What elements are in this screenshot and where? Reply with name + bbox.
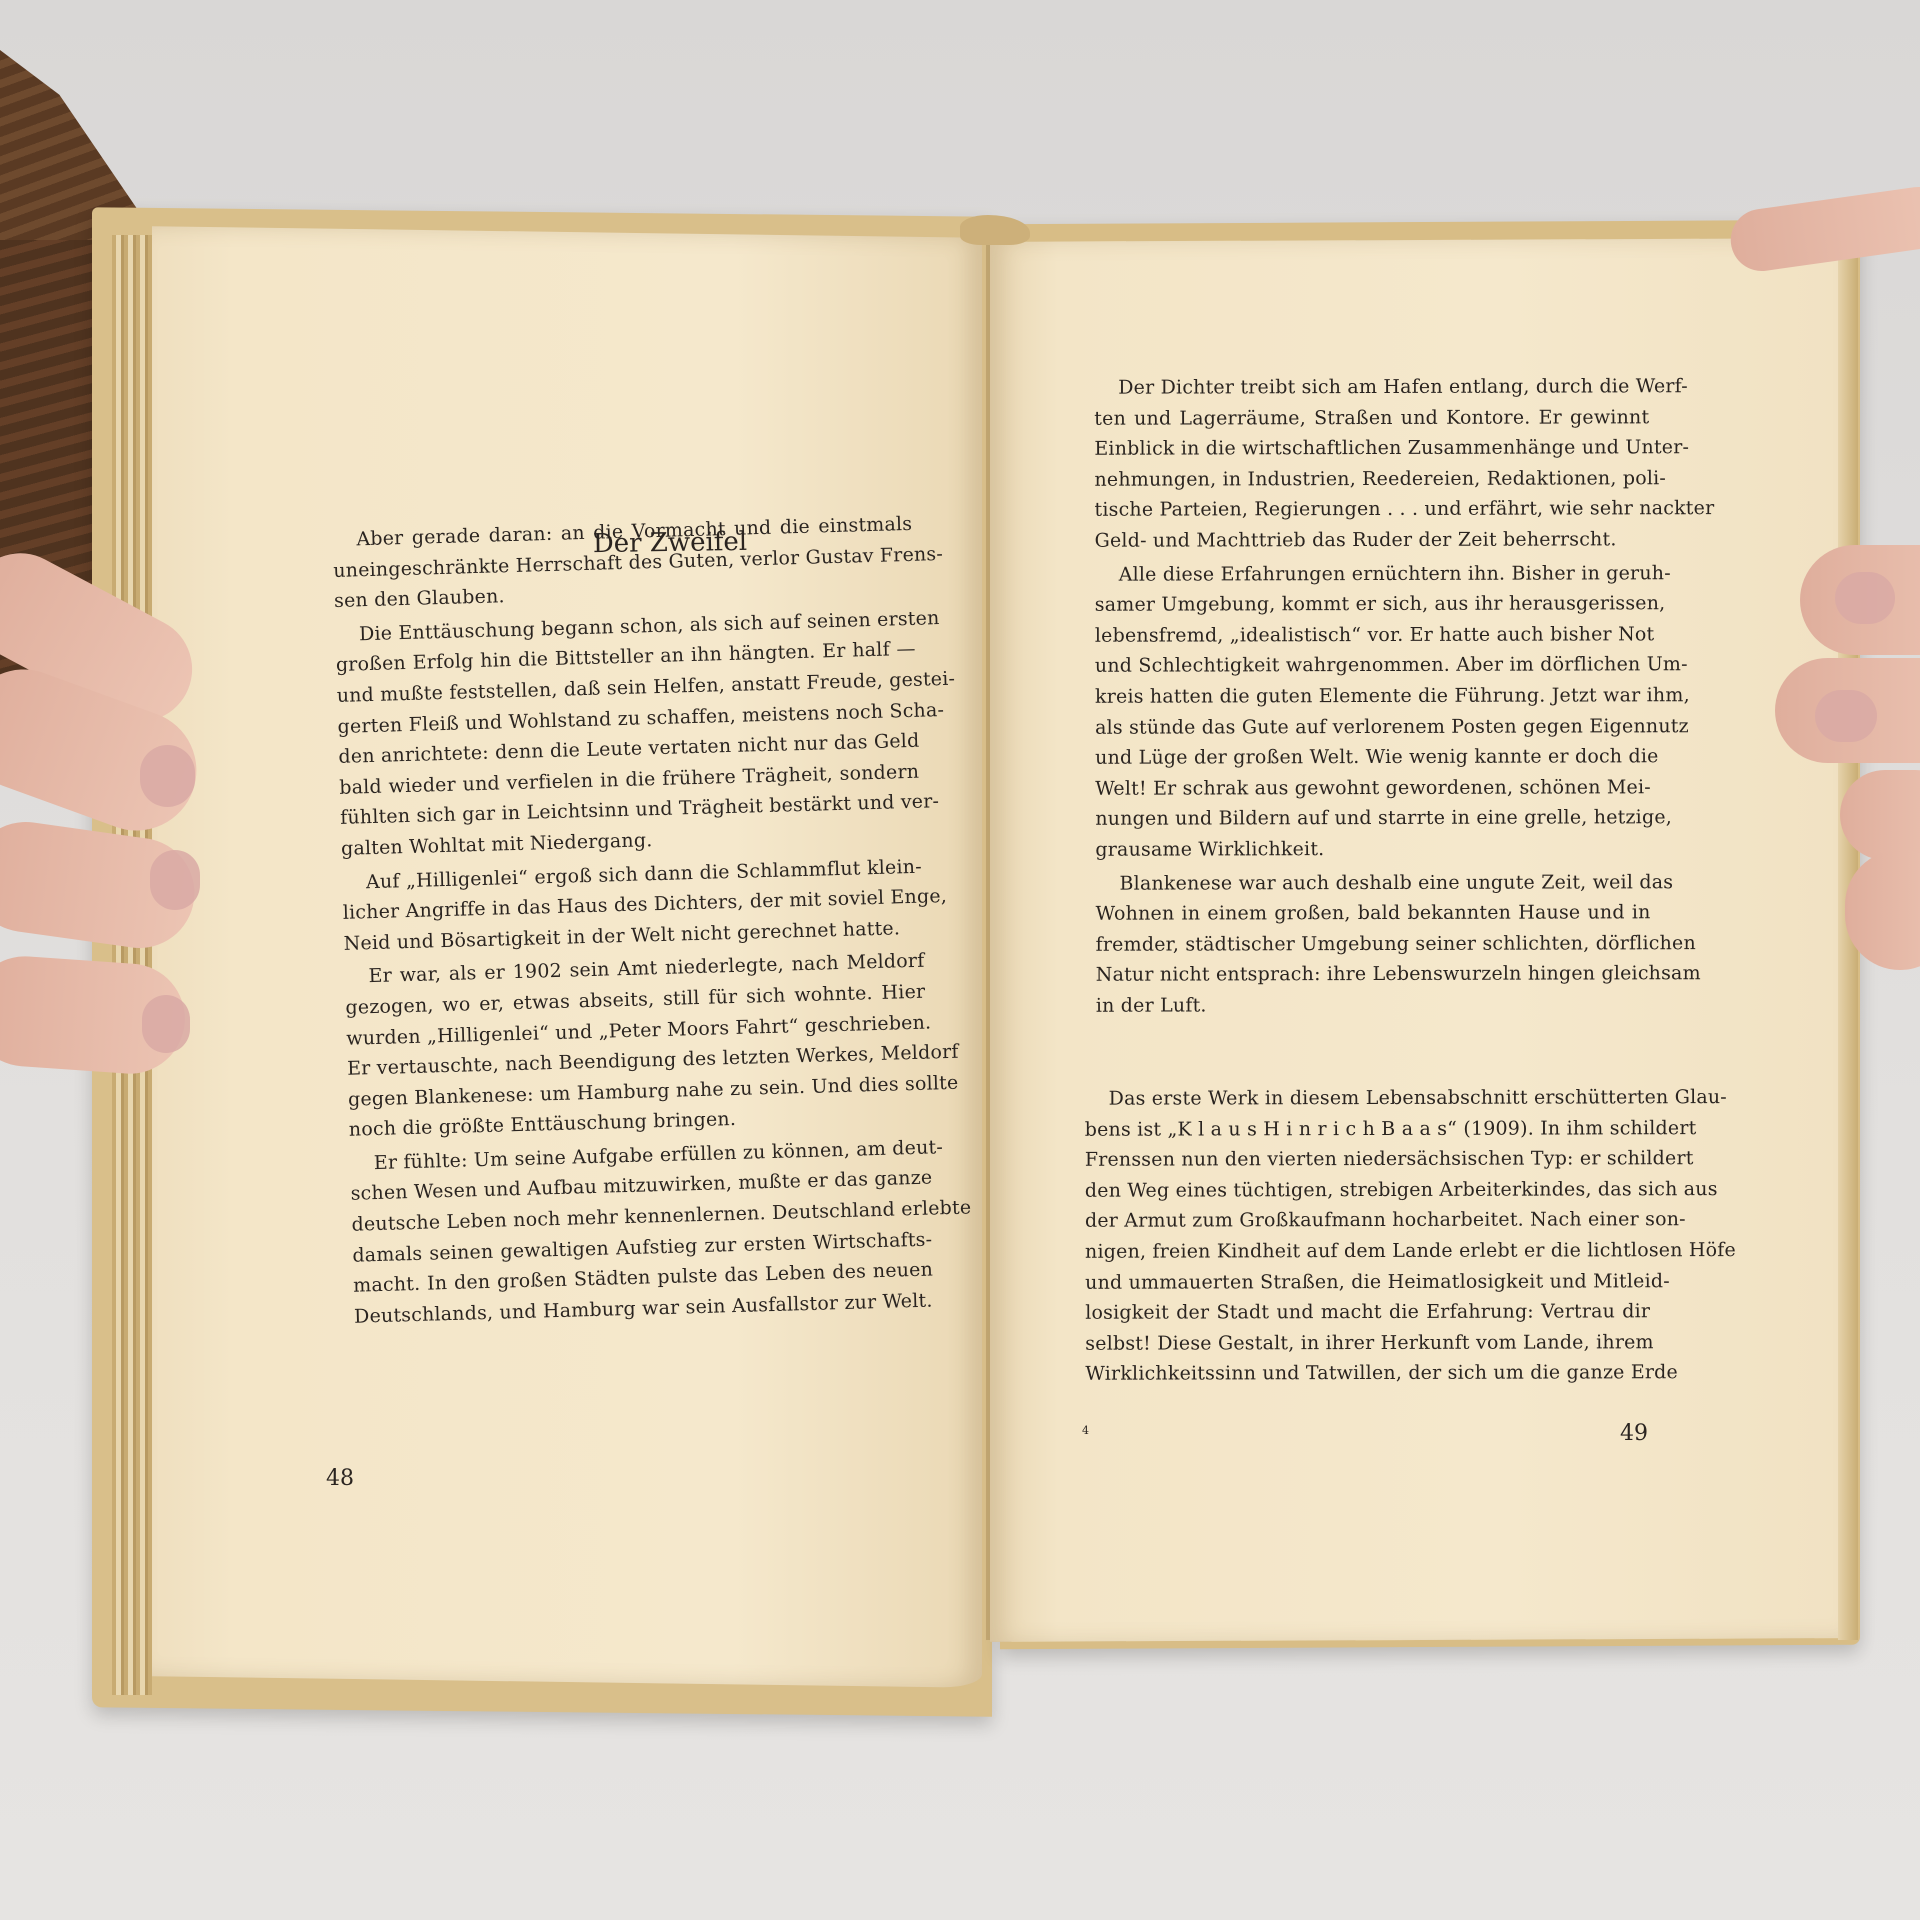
text-line: nigen, freien Kindheit auf dem Lande erl… bbox=[1085, 1235, 1650, 1267]
paragraph: Alle diese Erfahrungen ernüchtern ihn. B… bbox=[1095, 558, 1651, 865]
page-number-left: 48 bbox=[326, 1466, 354, 1491]
text-line: und Lüge der großen Welt. Wie wenig kann… bbox=[1095, 741, 1650, 773]
text-line: Welt! Er schrak aus gewohnt gewordenen, … bbox=[1095, 772, 1650, 804]
text-line: den Weg eines tüchtigen, strebigen Arbei… bbox=[1085, 1174, 1650, 1206]
paragraph: Blankenese war auch deshalb eine ungute … bbox=[1095, 867, 1650, 1021]
right-ring-finger bbox=[1840, 770, 1920, 860]
right-fingernail bbox=[1815, 690, 1877, 742]
text-line: in der Luft. bbox=[1096, 989, 1651, 1021]
text-line: ten und Lagerräume, Straßen und Kontore.… bbox=[1094, 402, 1649, 434]
text-line: Wirklichkeitssinn und Tatwillen, der sic… bbox=[1085, 1358, 1650, 1390]
text-line: fremder, städtischer Umgebung seiner sch… bbox=[1096, 928, 1651, 960]
right-fingernail bbox=[1835, 572, 1895, 624]
text-line: nungen und Bildern auf und starrte in ei… bbox=[1095, 803, 1650, 835]
text-line: losigkeit der Stadt und macht die Erfahr… bbox=[1085, 1296, 1650, 1328]
paragraph: Das erste Werk in diesem Lebensabschnitt… bbox=[1085, 1082, 1651, 1389]
text-line: Blankenese war auch deshalb eine ungute … bbox=[1095, 867, 1650, 899]
text-line: Frenssen nun den vierten niedersächsisch… bbox=[1085, 1143, 1650, 1175]
text-line: und Schlechtigkeit wahrgenommen. Aber im… bbox=[1095, 650, 1650, 682]
text-line: als stünde das Gute auf verlorenem Poste… bbox=[1095, 711, 1650, 743]
paragraph: Die Enttäuschung begann schon, als sich … bbox=[335, 604, 922, 865]
left-page-text: Aber gerade daran: an die Vormacht und d… bbox=[332, 509, 934, 1332]
left-thumbnail bbox=[140, 745, 195, 807]
text-line: samer Umgebung, kommt er sich, aus ihr h… bbox=[1095, 588, 1650, 620]
text-line: Einblick in die wirtschaftlichen Zusamme… bbox=[1094, 432, 1649, 464]
left-fingernail bbox=[142, 995, 190, 1053]
paragraph: Er war, als er 1902 sein Amt niederlegte… bbox=[344, 946, 929, 1146]
left-fingernail bbox=[150, 850, 200, 910]
paragraph: Der Dichter treibt sich am Hafen entlang… bbox=[1094, 371, 1649, 556]
text-line: Das erste Werk in diesem Lebensabschnitt… bbox=[1085, 1082, 1650, 1114]
text-line: Natur nicht entsprach: ihre Lebenswurzel… bbox=[1096, 959, 1651, 991]
text-line: nehmungen, in Industrien, Reedereien, Re… bbox=[1094, 463, 1649, 495]
text-line: und ummauerten Straßen, die Heimatlosigk… bbox=[1085, 1266, 1650, 1298]
text-line: Der Dichter treibt sich am Hafen entlang… bbox=[1094, 371, 1649, 403]
right-page-text-section-1: Der Dichter treibt sich am Hafen entlang… bbox=[1094, 371, 1651, 1021]
book-gutter bbox=[986, 245, 990, 1640]
text-line: lebensfremd, „idealistisch“ vor. Er hatt… bbox=[1095, 619, 1650, 651]
text-line: tische Parteien, Regierungen . . . und e… bbox=[1094, 494, 1649, 526]
text-line: der Armut zum Großkaufmann hocharbeitet.… bbox=[1085, 1205, 1650, 1237]
text-line: kreis hatten die guten Elemente die Führ… bbox=[1095, 680, 1650, 712]
text-line: bens ist „K l a u s H i n r i c h B a a … bbox=[1085, 1113, 1650, 1145]
right-page-text-section-2: Das erste Werk in diesem Lebensabschnitt… bbox=[1085, 1082, 1651, 1389]
text-line: Wohnen in einem großen, bald bekannten H… bbox=[1096, 897, 1651, 929]
paragraph: Er fühlte: Um seine Aufgabe erfüllen zu … bbox=[349, 1132, 934, 1332]
signature-mark: 4 bbox=[1082, 1424, 1089, 1437]
text-line: grausame Wirklichkeit. bbox=[1095, 833, 1650, 865]
page-number-right: 49 bbox=[1620, 1421, 1648, 1446]
text-line: selbst! Diese Gestalt, in ihrer Herkunft… bbox=[1085, 1327, 1650, 1359]
paragraph: Auf „Hilligenlei“ ergoß sich dann die Sc… bbox=[342, 851, 924, 959]
paragraph: Aber gerade daran: an die Vormacht und d… bbox=[332, 509, 914, 617]
text-line: Geld- und Machttrieb das Ruder der Zeit … bbox=[1095, 524, 1650, 556]
text-line: Alle diese Erfahrungen ernüchtern ihn. B… bbox=[1095, 558, 1650, 590]
